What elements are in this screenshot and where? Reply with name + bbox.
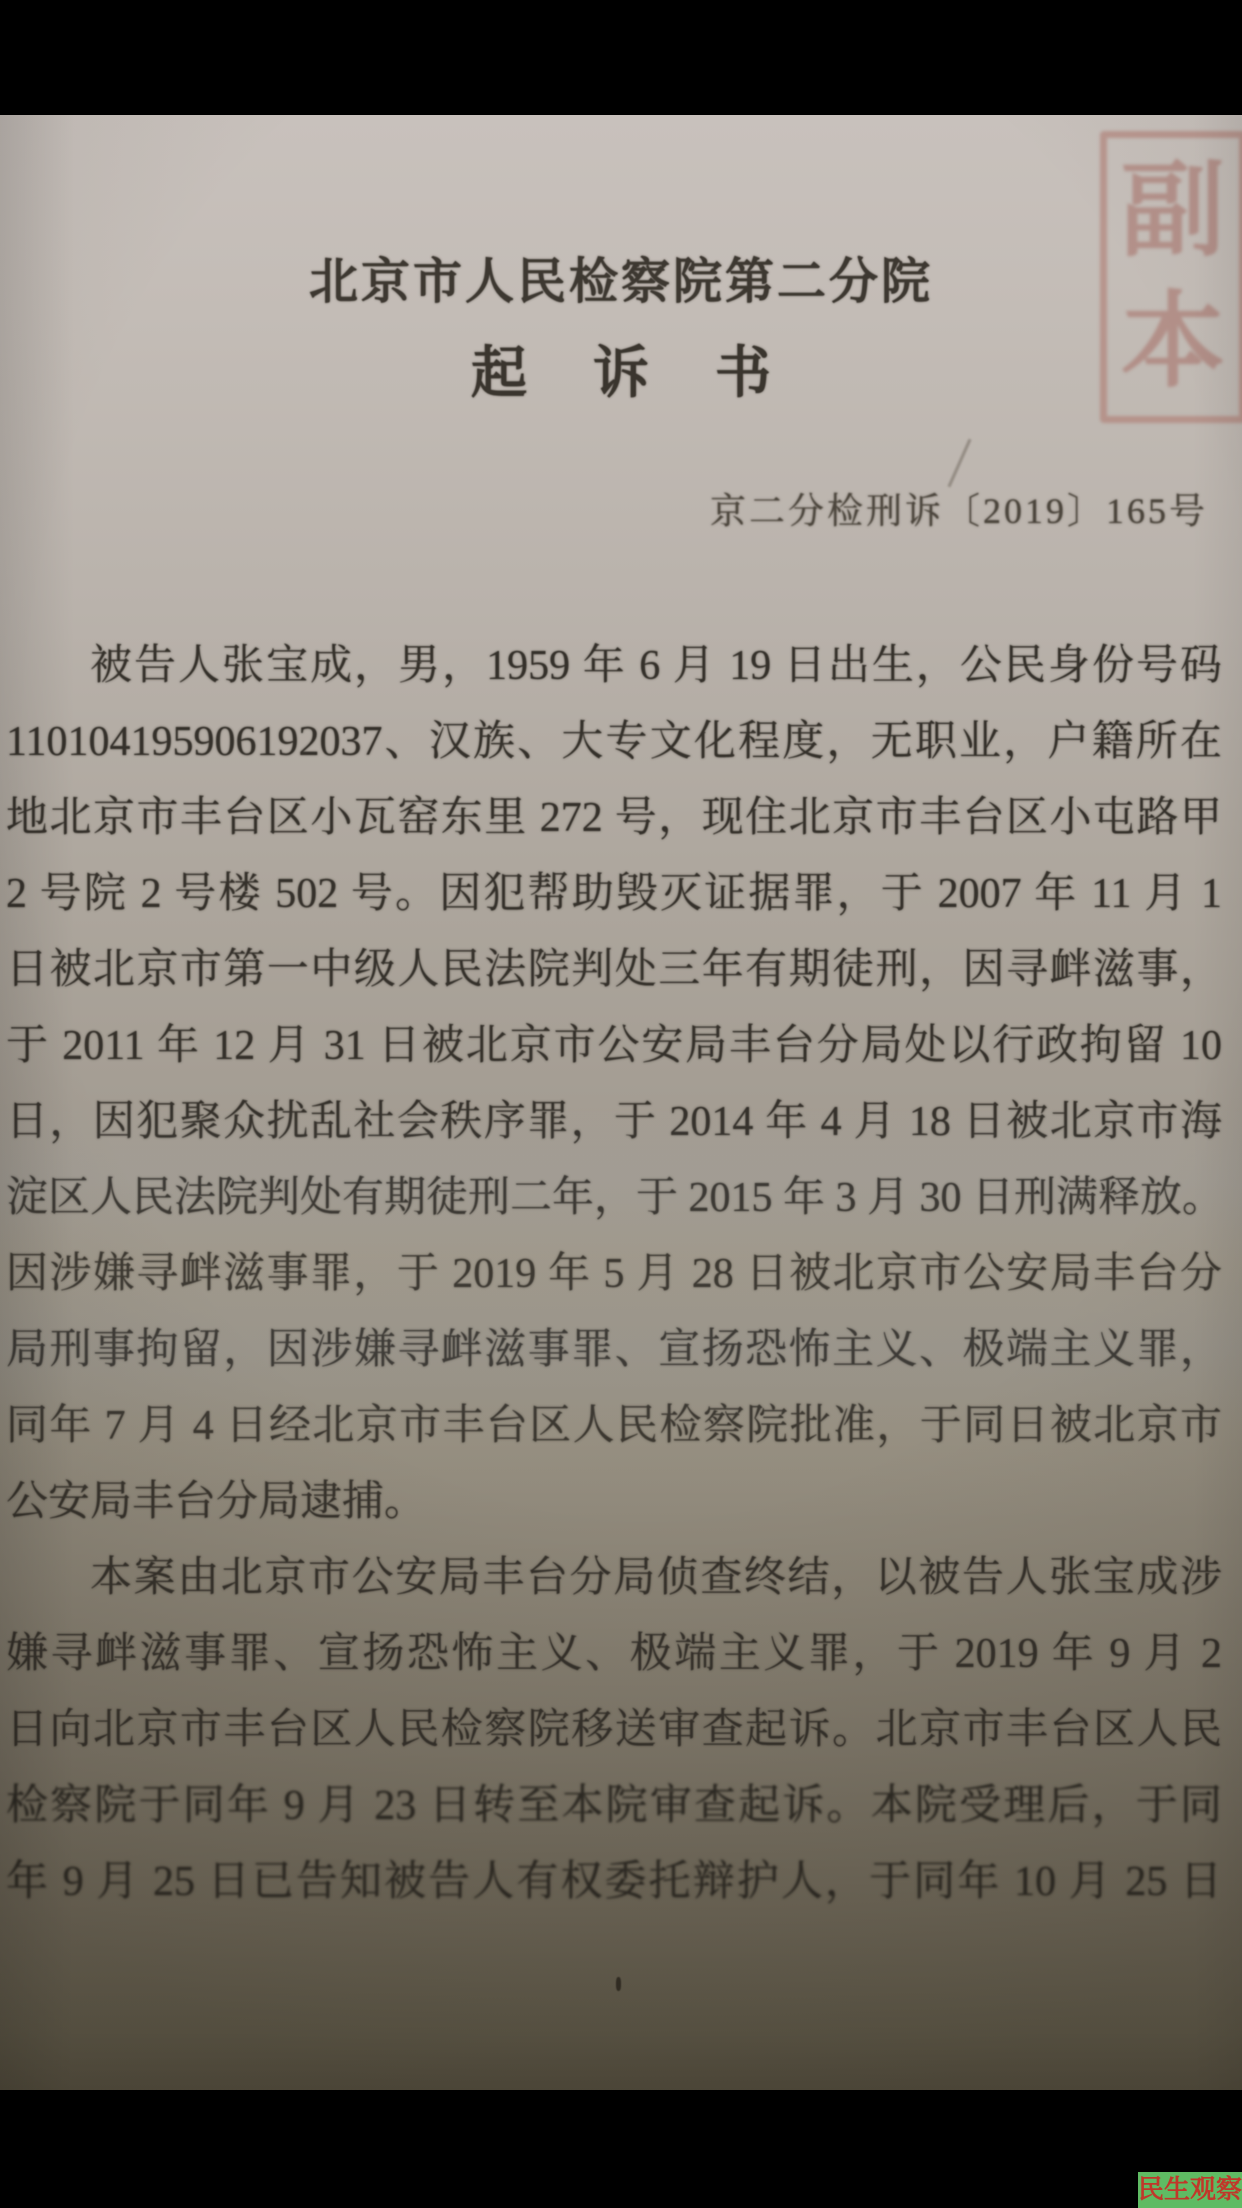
- photo-screenshot: 北京市人民检察院第二分院 起 诉 书 京二分检刑诉〔2019〕165号 被告人张…: [0, 0, 1242, 2208]
- body-line: 日被北京市第一中级人民法院判处三年有期徒刑，因寻衅滋事，: [6, 932, 1222, 1008]
- document-title: 起 诉 书: [0, 329, 1242, 409]
- body-line: 嫌寻衅滋事罪、宣扬恐怖主义、极端主义罪，于 2019 年 9 月 2: [6, 1616, 1222, 1692]
- document-header: 北京市人民检察院第二分院 起 诉 书: [0, 243, 1242, 409]
- body-line: 日，因犯聚众扰乱社会秩序罪，于 2014 年 4 月 18 日被北京市海: [6, 1084, 1222, 1160]
- watermark-badge: 民生观察: [1138, 2172, 1242, 2208]
- copy-stamp: 副 本: [1100, 131, 1242, 423]
- body-line: 年 9 月 25 日已告知被告人有权委托辩护人，于同年 10 月 25 日: [6, 1844, 1222, 1920]
- stamp-char: 副: [1121, 160, 1225, 264]
- body-line: 因涉嫌寻衅滋事罪，于 2019 年 5 月 28 日被北京市公安局丰台分: [6, 1236, 1222, 1312]
- scratch-mark: [948, 439, 972, 488]
- body-line: 2 号院 2 号楼 502 号。因犯帮助毁灭证据罪，于 2007 年 11 月 …: [6, 856, 1222, 932]
- body-line: 日向北京市丰台区人民检察院移送审查起诉。北京市丰台区人民: [6, 1692, 1222, 1768]
- body-line: 110104195906192037、汉族、大专文化程度，无职业，户籍所在: [6, 704, 1222, 780]
- dust-speck: [616, 1977, 621, 1991]
- body-line: 公安局丰台分局逮捕。: [6, 1464, 1222, 1540]
- body-line: 于 2011 年 12 月 31 日被北京市公安局丰台分局处以行政拘留 10: [6, 1008, 1222, 1084]
- stamp-char: 本: [1121, 291, 1225, 395]
- body-line: 同年 7 月 4 日经北京市丰台区人民检察院批准，于同日被北京市: [6, 1388, 1222, 1464]
- body-line: 本案由北京市公安局丰台分局侦查终结，以被告人张宝成涉: [6, 1540, 1222, 1616]
- body-line: 被告人张宝成，男，1959 年 6 月 19 日出生，公民身份号码: [6, 628, 1222, 704]
- document-page: 北京市人民检察院第二分院 起 诉 书 京二分检刑诉〔2019〕165号 被告人张…: [0, 115, 1242, 2090]
- document-body: 被告人张宝成，男，1959 年 6 月 19 日出生，公民身份号码 110104…: [6, 628, 1222, 1920]
- body-line: 地北京市丰台区小瓦窑东里 272 号，现住北京市丰台区小屯路甲: [6, 780, 1222, 856]
- body-line: 局刑事拘留，因涉嫌寻衅滋事罪、宣扬恐怖主义、极端主义罪，: [6, 1312, 1222, 1388]
- body-line: 淀区人民法院判处有期徒刑二年，于 2015 年 3 月 30 日刑满释放。: [6, 1160, 1222, 1236]
- body-line: 检察院于同年 9 月 23 日转至本院审查起诉。本院受理后，于同: [6, 1768, 1222, 1844]
- watermark-label: 民生观察: [1138, 2172, 1242, 2208]
- issuing-agency: 北京市人民检察院第二分院: [0, 243, 1242, 313]
- case-number: 京二分检刑诉〔2019〕165号: [710, 483, 1208, 534]
